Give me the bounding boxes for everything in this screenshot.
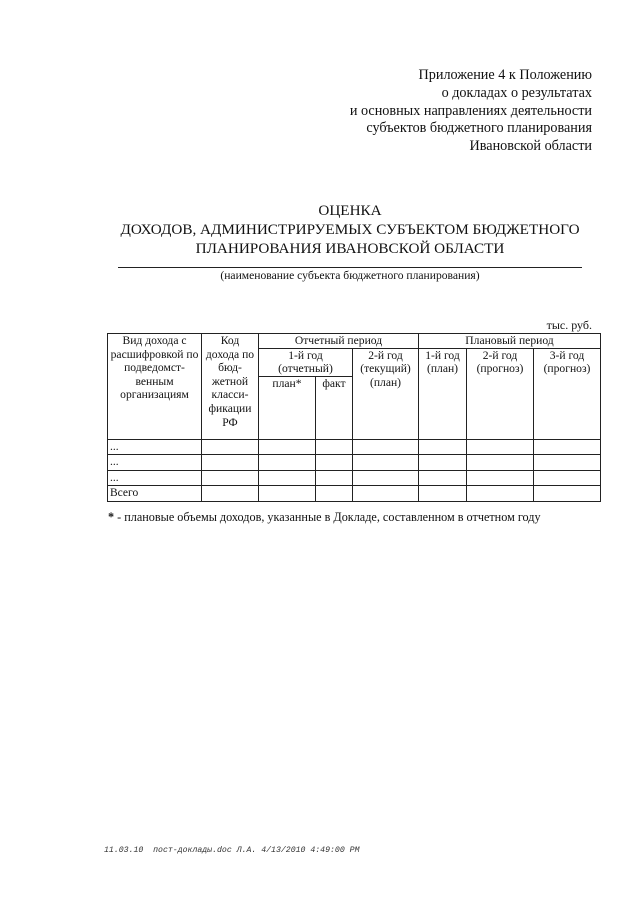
appendix-line: и основных направлениях деятельности — [350, 103, 592, 121]
header-fact: факт — [316, 376, 353, 439]
row-label: ... — [108, 455, 202, 471]
header-plan-year3: 3-й год (прогноз) — [534, 348, 601, 439]
header-year2-current: 2-й год (текущий) (план) — [353, 348, 419, 439]
footnote-text: - плановые объемы доходов, указанные в Д… — [114, 510, 540, 524]
document-footer-meta: 11.03.10 пост-доклады.doc Л.А. 4/13/2010… — [104, 846, 360, 855]
title-line: ПЛАНИРОВАНИЯ ИВАНОВСКОЙ ОБЛАСТИ — [100, 239, 600, 258]
title-line: ОЦЕНКА — [100, 201, 600, 220]
header-year1-reporting: 1-й год (отчетный) — [259, 348, 353, 376]
row-label: ... — [108, 470, 202, 486]
header-reporting-period: Отчетный период — [259, 334, 419, 349]
appendix-reference: Приложение 4 к Положению о докладах о ре… — [350, 67, 592, 156]
header-planning-period: Плановый период — [419, 334, 601, 349]
row-label: Всего — [108, 486, 202, 502]
header-plan-year2: 2-й год (прогноз) — [467, 348, 534, 439]
header-income-code: Код дохода по бюд-жетной класси-фикации … — [202, 334, 259, 440]
appendix-line: Приложение 4 к Положению — [350, 67, 592, 85]
header-row: Вид дохода с расшифровкой по подведомст-… — [108, 334, 601, 349]
table-row: ... — [108, 439, 601, 455]
appendix-line: субъектов бюджетного планирования — [350, 120, 592, 138]
table-row-total: Всего — [108, 486, 601, 502]
row-label: ... — [108, 439, 202, 455]
header-plan-year1: 1-й год (план) — [419, 348, 467, 439]
table-row: ... — [108, 470, 601, 486]
footnote: * - плановые объемы доходов, указанные в… — [108, 510, 541, 525]
header-plan: план* — [259, 376, 316, 439]
table-row: ... — [108, 455, 601, 471]
subject-caption: (наименование субъекта бюджетного планир… — [100, 269, 600, 282]
appendix-line: о докладах о результатах — [350, 85, 592, 103]
appendix-line: Ивановской области — [350, 138, 592, 156]
header-income-type: Вид дохода с расшифровкой по подведомст-… — [108, 334, 202, 440]
units-label: тыс. руб. — [547, 318, 592, 333]
income-assessment-table: Вид дохода с расшифровкой по подведомст-… — [107, 333, 601, 502]
title-line: ДОХОДОВ, АДМИНИСТРИРУЕМЫХ СУБЪЕКТОМ БЮДЖ… — [100, 220, 600, 239]
document-title: ОЦЕНКА ДОХОДОВ, АДМИНИСТРИРУЕМЫХ СУБЪЕКТ… — [100, 201, 600, 258]
subject-name-line — [118, 267, 582, 268]
